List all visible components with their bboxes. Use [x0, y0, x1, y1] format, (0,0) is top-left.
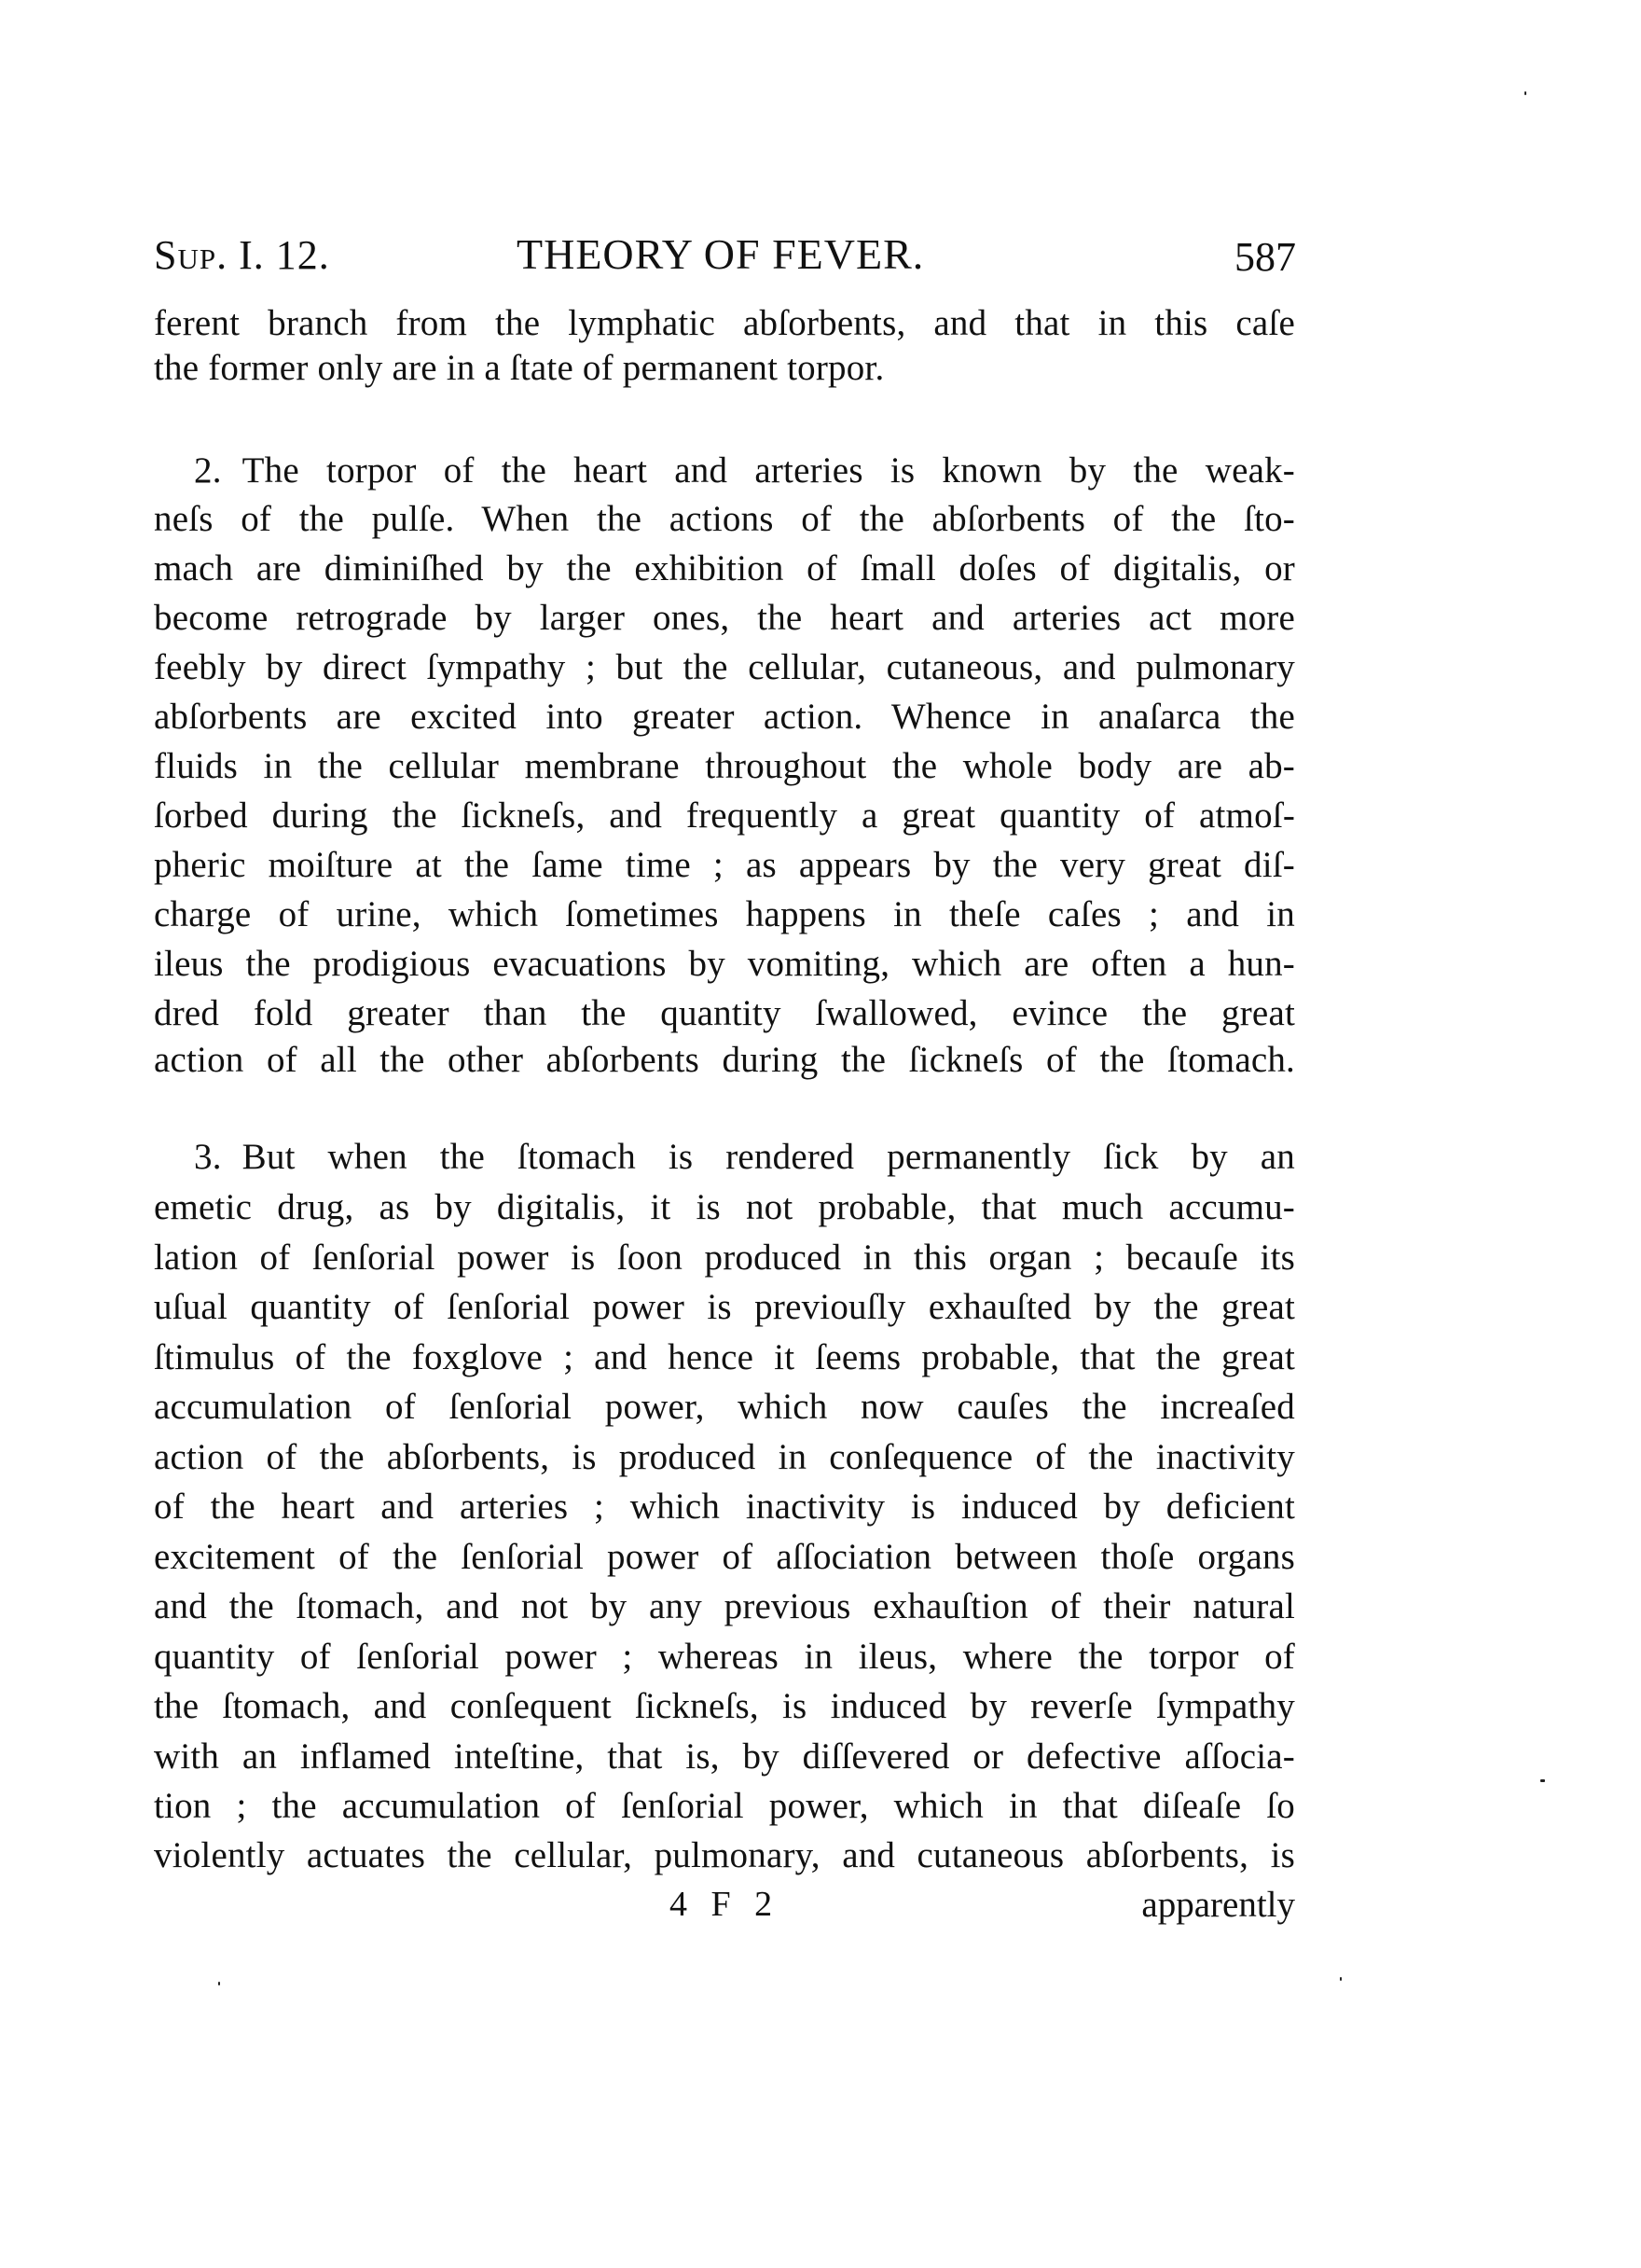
text-line: ſtimulus of the foxglove ; and hence it … — [154, 1333, 1295, 1382]
page-number: 587 — [1234, 237, 1296, 278]
text-line: dred fold greater than the quantity ſwal… — [154, 989, 1295, 1038]
text-line: action of the abſorbents, is produced in… — [154, 1432, 1295, 1482]
text-line: the ſtomach, and conſequent ſickneſs, is… — [154, 1681, 1295, 1731]
text-line: uſual quantity of ſenſorial power is pre… — [154, 1282, 1295, 1332]
text-line: emetic drug, as by digitalis, it is not … — [154, 1182, 1295, 1232]
signature-mark: 4 F 2 — [669, 1880, 779, 1929]
text-line: ileus the prodigious evacuations by vomi… — [154, 939, 1295, 989]
text-line: pheric moiſture at the ſame time ; as ap… — [154, 840, 1295, 890]
book-page: Sup. I. 12. THEORY OF FEVER. 587 ferent … — [0, 0, 1641, 2268]
text-line: neſs of the pulſe. When the actions of t… — [154, 494, 1295, 544]
text-line: action of all the other abſorbents durin… — [154, 1035, 1295, 1085]
section-reference: Sup. I. 12. — [154, 235, 330, 276]
text-line: tion ; the accumulation of ſenſorial pow… — [154, 1781, 1295, 1831]
text-line: excitement of the ſenſorial power of aſſ… — [154, 1532, 1295, 1582]
scan-speck — [1540, 1779, 1545, 1782]
text-line: lation of ſenſorial power is ſoon produc… — [154, 1233, 1295, 1282]
paragraph-number: 2. — [194, 446, 222, 495]
text-line: of the heart and arteries ; which inacti… — [154, 1482, 1295, 1531]
paragraph-number: 3. — [194, 1132, 222, 1182]
text-line: ferent branch from the lymphatic abſorbe… — [154, 298, 1295, 348]
page-title: THEORY OF FEVER. — [517, 233, 924, 276]
text-line: fluids in the cellular membrane througho… — [154, 741, 1295, 791]
text-span: But when the ſtomach is rendered permane… — [242, 1137, 1295, 1177]
text-span: The torpor of the heart and arteries is … — [242, 450, 1295, 491]
text-line: become retrograde by larger ones, the he… — [154, 593, 1295, 643]
text-line: accumulation of ſenſorial power, which n… — [154, 1382, 1295, 1431]
text-line: 3.But when the ſtomach is rendered perma… — [154, 1132, 1295, 1182]
scan-speck — [1340, 1977, 1342, 1981]
text-line: abſorbents are excited into greater acti… — [154, 692, 1295, 741]
text-line: feebly by direct ſympathy ; but the cell… — [154, 643, 1295, 692]
text-line: and the ſtomach, and not by any previous… — [154, 1582, 1295, 1631]
scan-speck — [1524, 91, 1526, 95]
text-line: 2.The torpor of the heart and arteries i… — [154, 446, 1295, 495]
text-line: charge of urine, which ſometimes happens… — [154, 890, 1295, 939]
catchword: apparently — [1141, 1880, 1295, 1929]
text-line: violently actuates the cellular, pulmona… — [154, 1831, 1295, 1880]
text-line: mach are diminiſhed by the exhibition of… — [154, 544, 1295, 593]
running-head: Sup. I. 12. THEORY OF FEVER. 587 — [154, 0, 1296, 280]
text-line: with an inflamed inteſtine, that is, by … — [154, 1732, 1295, 1781]
scan-speck — [218, 1982, 220, 1985]
text-line: quantity of ſenſorial power ; whereas in… — [154, 1632, 1295, 1681]
text-line: the former only are in a ſtate of perman… — [154, 343, 1295, 393]
text-line: ſorbed during the ſickneſs, and frequent… — [154, 791, 1295, 840]
